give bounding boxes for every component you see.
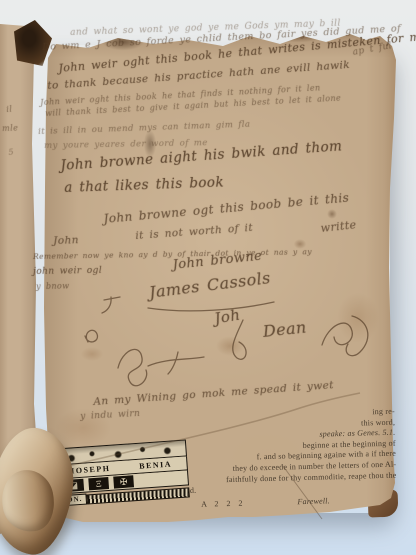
inscription-line: and what so wont ye god ye me Gods ym ma…	[70, 19, 341, 38]
flyleaf-page	[28, 28, 400, 522]
photo-of-antique-book: il mle 5 and what so wont ye god ye me G…	[0, 0, 416, 555]
